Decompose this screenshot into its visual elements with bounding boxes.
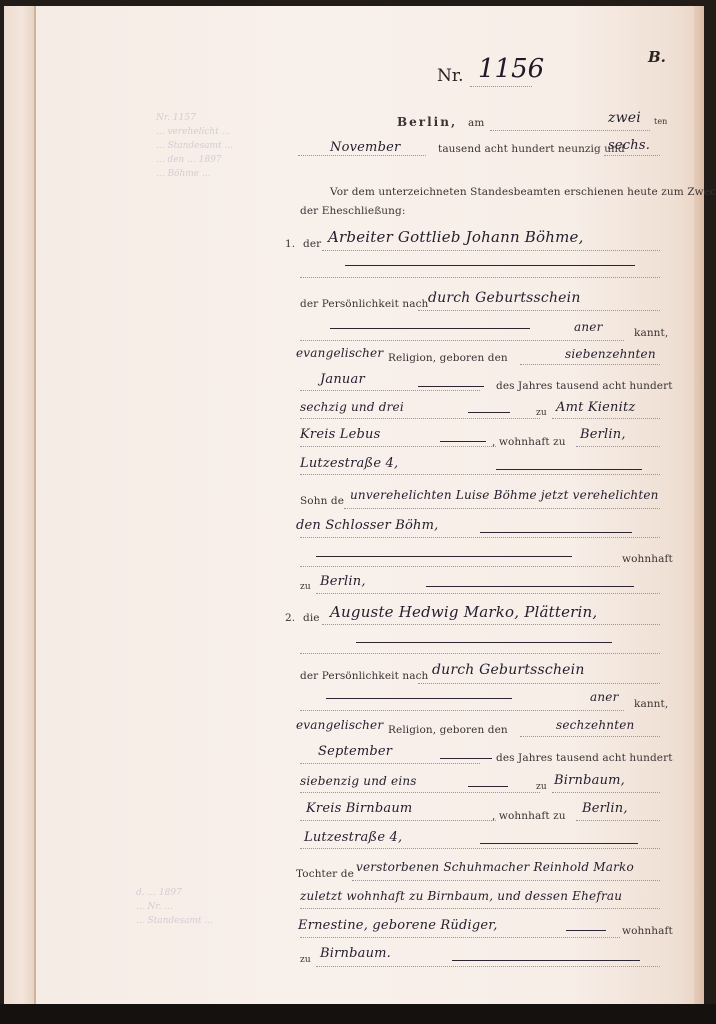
date-month: November [330, 140, 400, 155]
bride-parents-residence: Birnbaum. [320, 946, 391, 961]
bride-parents-line-1: verstorbenen Schuhmacher Reinhold Marko [356, 860, 634, 874]
register-number-label: Nr. [437, 66, 464, 86]
bride-article: die [303, 612, 320, 624]
filler-stroke [418, 386, 484, 387]
previous-leaf-edge [4, 6, 36, 1006]
year-printed: tausend acht hundert neunzig und [438, 143, 625, 155]
bride-birth-day: sechzehnten [556, 718, 634, 732]
rule [300, 820, 496, 821]
filler-stroke [440, 441, 486, 442]
rule [552, 418, 660, 419]
bride-parents-line-3: Ernestine, geborene Rüdiger, [298, 918, 498, 933]
scanned-book-spread: Nr. 1157 ... verehelicht ... ... Standes… [0, 0, 716, 1024]
rule [300, 848, 660, 849]
groom-identity-label: der Persönlichkeit nach [300, 298, 428, 310]
rule [300, 340, 624, 341]
rule [576, 820, 660, 821]
form-letter: B. [648, 48, 666, 66]
bride-street: Lutzestraße 4, [304, 830, 402, 845]
rule [352, 880, 660, 881]
rule [300, 390, 480, 391]
bride-parents-label: Tochter de [296, 868, 354, 880]
bride-birth-month: September [318, 744, 392, 759]
groom-residence: Berlin, [580, 427, 626, 442]
rule [418, 683, 660, 684]
groom-known-label: kannt, [634, 327, 668, 339]
rule [316, 593, 660, 594]
margin-bleedthrough-top: Nr. 1157 ... verehelicht ... ... Standes… [156, 111, 316, 181]
date-day: zwei [608, 110, 641, 126]
rule [322, 250, 660, 251]
filler-stroke [480, 843, 638, 844]
rule [300, 566, 620, 567]
bride-residence-label: , wohnhaft zu [492, 810, 566, 822]
filler-stroke [566, 930, 606, 931]
rule [490, 130, 650, 131]
bride-number: 2. [285, 612, 295, 624]
groom-known: aner [574, 320, 603, 334]
scan-bottom-shadow [0, 1004, 716, 1024]
groom-year-label: des Jahres tausend acht hundert [496, 380, 673, 392]
groom-parents-line-1: unverehelichten Luise Böhme jetzt verehe… [350, 488, 659, 502]
groom-birth-day: siebenzehnten [565, 347, 656, 361]
bride-parents-residence-label: wohnhaft [622, 925, 673, 937]
filler-stroke [326, 698, 512, 699]
rule [300, 537, 660, 538]
ten-label: ten [654, 117, 667, 126]
groom-religion: evangelischer [296, 346, 383, 360]
rule [344, 508, 660, 509]
groom-birthplace-2: Kreis Lebus [300, 427, 380, 442]
filler-stroke [440, 758, 492, 759]
bride-name: Auguste Hedwig Marko, Plätterin, [330, 603, 597, 621]
filler-stroke [356, 642, 612, 643]
date-year: sechs. [608, 138, 650, 153]
rule [300, 418, 540, 419]
page-edge [694, 6, 704, 1006]
groom-parents-residence: Berlin, [320, 574, 366, 589]
groom-parents-line-2: den Schlosser Böhm, [296, 518, 438, 533]
bride-year-label: des Jahres tausend acht hundert [496, 752, 673, 764]
bride-identity: durch Geburtsschein [432, 662, 585, 678]
rule [470, 86, 532, 87]
rule [300, 653, 660, 654]
bride-zu-label: zu [536, 782, 547, 792]
bride-parents-zu: zu [300, 955, 311, 965]
groom-parents-zu: zu [300, 582, 311, 592]
groom-birth-year: sechzig und drei [300, 400, 404, 414]
filler-stroke [345, 265, 635, 266]
groom-zu-label: zu [536, 408, 547, 418]
rule [300, 474, 660, 475]
rule [300, 277, 660, 278]
rule [300, 792, 540, 793]
groom-birthplace: Amt Kienitz [556, 400, 635, 415]
rule [300, 710, 624, 711]
groom-article: der [303, 238, 321, 250]
bride-birthplace: Birnbaum, [554, 773, 625, 788]
groom-residence-label: , wohnhaft zu [492, 436, 566, 448]
groom-identity: durch Geburtsschein [428, 290, 581, 306]
bride-known-label: kannt, [634, 698, 668, 710]
city-label: Berlin, [397, 115, 457, 129]
rule [322, 624, 660, 625]
rule [418, 310, 660, 311]
intro-line-1: Vor dem unterzeichneten Standesbeamten e… [330, 186, 716, 198]
bride-residence: Berlin, [582, 801, 628, 816]
filler-stroke [468, 786, 508, 787]
filler-stroke [468, 412, 510, 413]
rule [552, 792, 660, 793]
filler-stroke [480, 532, 632, 533]
groom-street: Lutzestraße 4, [300, 456, 398, 471]
bride-birthplace-2: Kreis Birnbaum [306, 801, 412, 816]
rule [300, 763, 480, 764]
rule [300, 446, 496, 447]
groom-birth-month: Januar [320, 372, 365, 387]
rule [520, 364, 660, 365]
rule [300, 937, 620, 938]
margin-bleedthrough-bottom: d. ... 1897 ... Nr. ... ... Standesamt .… [136, 886, 276, 928]
rule [604, 155, 660, 156]
rule [576, 446, 660, 447]
groom-parents-label: Sohn de [300, 495, 344, 507]
rule [300, 908, 660, 909]
groom-parents-residence-label: wohnhaft [622, 553, 673, 565]
bride-birth-year: siebenzig und eins [300, 774, 417, 788]
bride-identity-label: der Persönlichkeit nach [300, 670, 428, 682]
bride-religion: evangelischer [296, 718, 383, 732]
filler-stroke [316, 556, 572, 557]
filler-stroke [426, 586, 634, 587]
bride-parents-line-2: zuletzt wohnhaft zu Birnbaum, und dessen… [300, 889, 622, 903]
bride-religion-label: Religion, geboren den [388, 724, 508, 736]
groom-number: 1. [285, 238, 295, 250]
intro-line-2: der Eheschließung: [300, 205, 406, 217]
groom-name: Arbeiter Gottlieb Johann Böhme, [328, 228, 584, 246]
groom-religion-label: Religion, geboren den [388, 352, 508, 364]
filler-stroke [330, 328, 530, 329]
bride-known: aner [590, 690, 619, 704]
filler-stroke [452, 960, 640, 961]
register-page: Nr. 1157 ... verehelicht ... ... Standes… [36, 6, 704, 1006]
register-number: 1156 [478, 54, 544, 84]
rule [520, 736, 660, 737]
rule [316, 966, 660, 967]
filler-stroke [496, 469, 642, 470]
rule [298, 155, 426, 156]
am-label: am [468, 117, 484, 129]
